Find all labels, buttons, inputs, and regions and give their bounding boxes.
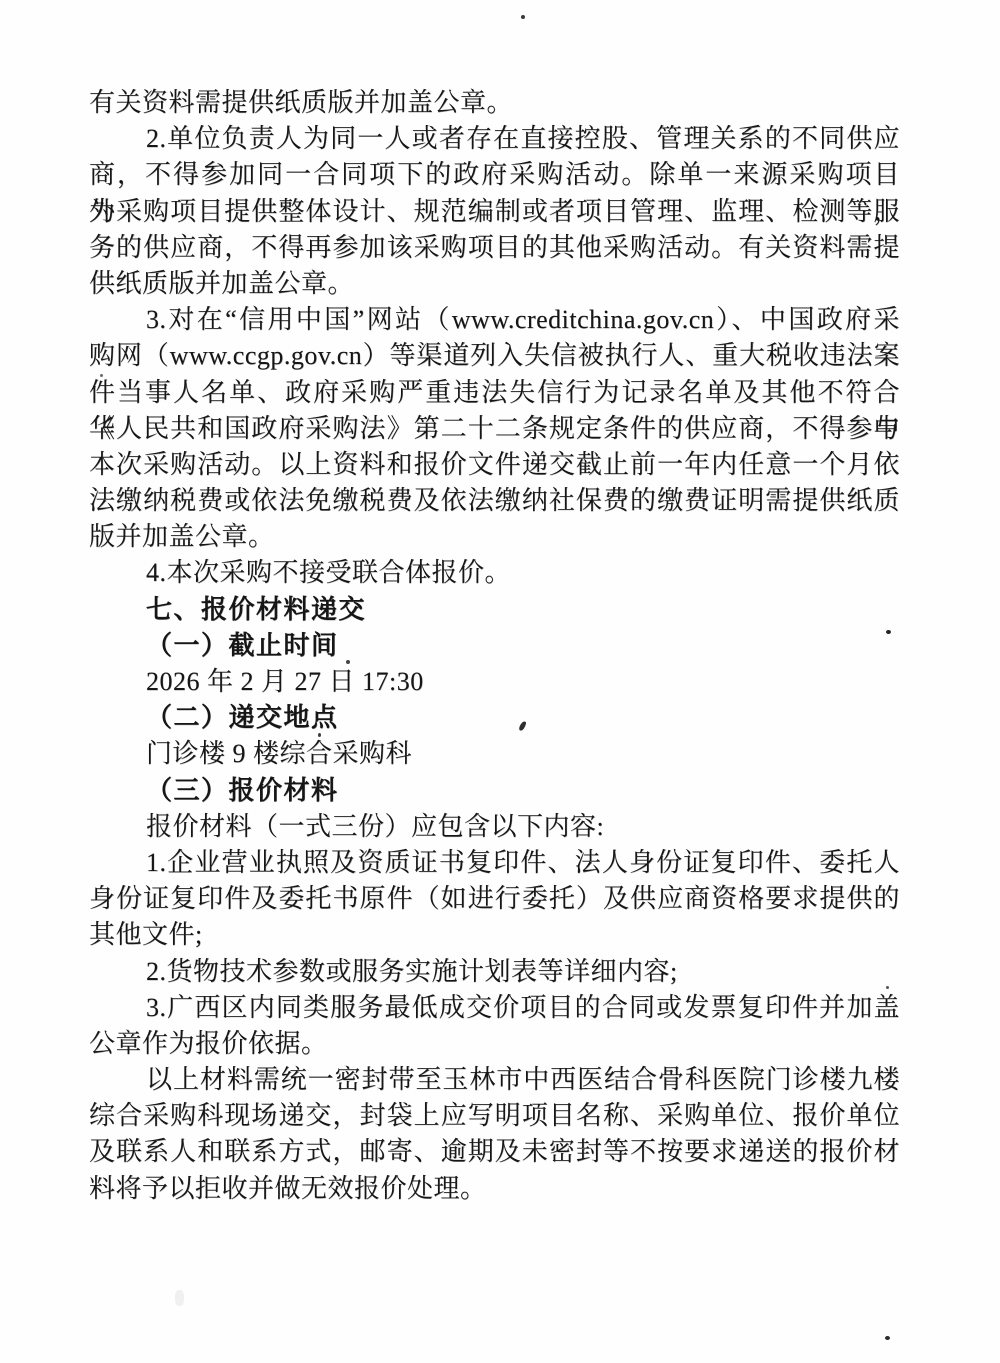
doc-line: 2.单位负责人为同一人或者存在直接控股、管理关系的不同供应 (89, 121, 900, 157)
doc-line: 其他文件; (89, 917, 900, 953)
doc-line: 及联系人和联系方式，邮寄、逾期及未密封等不按要求递送的报价材 (89, 1134, 900, 1170)
doc-line: 本次采购活动。以上资料和报价文件递交截止前一年内任意一个月依 (89, 447, 900, 483)
scan-artifact-dot (521, 15, 525, 19)
doc-line: 华人民共和国政府采购法》第二十二条规定条件的供应商，不得参与 (89, 411, 900, 447)
scan-artifact-dot (100, 374, 103, 377)
doc-heading-deadline: （一）截止时间 (89, 628, 900, 664)
doc-line: 料将予以拒收并做无效报价处理。 (89, 1171, 900, 1207)
doc-line: 件当事人名单、政府采购严重违法失信行为记录名单及其他不符合《中 (89, 375, 900, 411)
scan-artifact-dot (886, 630, 891, 634)
doc-line: 购网（www.ccgp.gov.cn）等渠道列入失信被执行人、重大税收违法案 (89, 338, 900, 374)
doc-line: 以上材料需统一密封带至玉林市中西医结合骨科医院门诊楼九楼 (89, 1062, 900, 1098)
doc-location-value: 门诊楼 9 楼综合采购科 (89, 736, 900, 772)
doc-line: 2.货物技术参数或服务实施计划表等详细内容; (89, 954, 900, 990)
doc-line: 务的供应商，不得再参加该采购项目的其他采购活动。有关资料需提 (89, 230, 900, 266)
doc-deadline-value: 2026 年 2 月 27 日 17:30 (89, 664, 900, 700)
document-page: 有关资料需提供纸质版并加盖公章。 2.单位负责人为同一人或者存在直接控股、管理关… (0, 0, 1000, 1363)
doc-line: 3.对在“信用中国”网站（www.creditchina.gov.cn）、中国政… (89, 302, 900, 338)
doc-line: 综合采购科现场递交，封袋上应写明项目名称、采购单位、报价单位 (89, 1098, 900, 1134)
doc-line: 4.本次采购不接受联合体报价。 (89, 555, 900, 591)
doc-line: 法缴纳税费或依法免缴税费及依法缴纳社保费的缴费证明需提供纸质 (89, 483, 900, 519)
doc-line: 有关资料需提供纸质版并加盖公章。 (89, 85, 900, 121)
doc-line: 商，不得参加同一合同项下的政府采购活动。除单一来源采购项目外， (89, 157, 900, 193)
doc-heading-location: （二）递交地点 (89, 700, 900, 736)
doc-line: 版并加盖公章。 (89, 519, 900, 555)
doc-heading-materials: （三）报价材料 (89, 773, 900, 809)
scan-artifact-dot (886, 986, 889, 989)
doc-line: 身份证复印件及委托书原件（如进行委托）及供应商资格要求提供的 (89, 881, 900, 917)
scan-artifact-smudge (175, 1290, 184, 1306)
scan-artifact-dot (346, 660, 350, 664)
doc-line: 为采购项目提供整体设计、规范编制或者项目管理、监理、检测等服 (89, 194, 900, 230)
scan-artifact-dot (885, 1336, 890, 1340)
doc-line: 报价材料（一式三份）应包含以下内容: (89, 809, 900, 845)
document-text-block: 有关资料需提供纸质版并加盖公章。 2.单位负责人为同一人或者存在直接控股、管理关… (89, 85, 900, 1207)
doc-line: 3.广西区内同类服务最低成交价项目的合同或发票复印件并加盖 (89, 990, 900, 1026)
doc-line: 1.企业营业执照及资质证书复印件、法人身份证复印件、委托人 (89, 845, 900, 881)
doc-line: 公章作为报价依据。 (89, 1026, 900, 1062)
scan-artifact-dot (318, 733, 321, 737)
doc-heading-submission: 七、报价材料递交 (89, 592, 900, 628)
doc-line: 供纸质版并加盖公章。 (89, 266, 900, 302)
